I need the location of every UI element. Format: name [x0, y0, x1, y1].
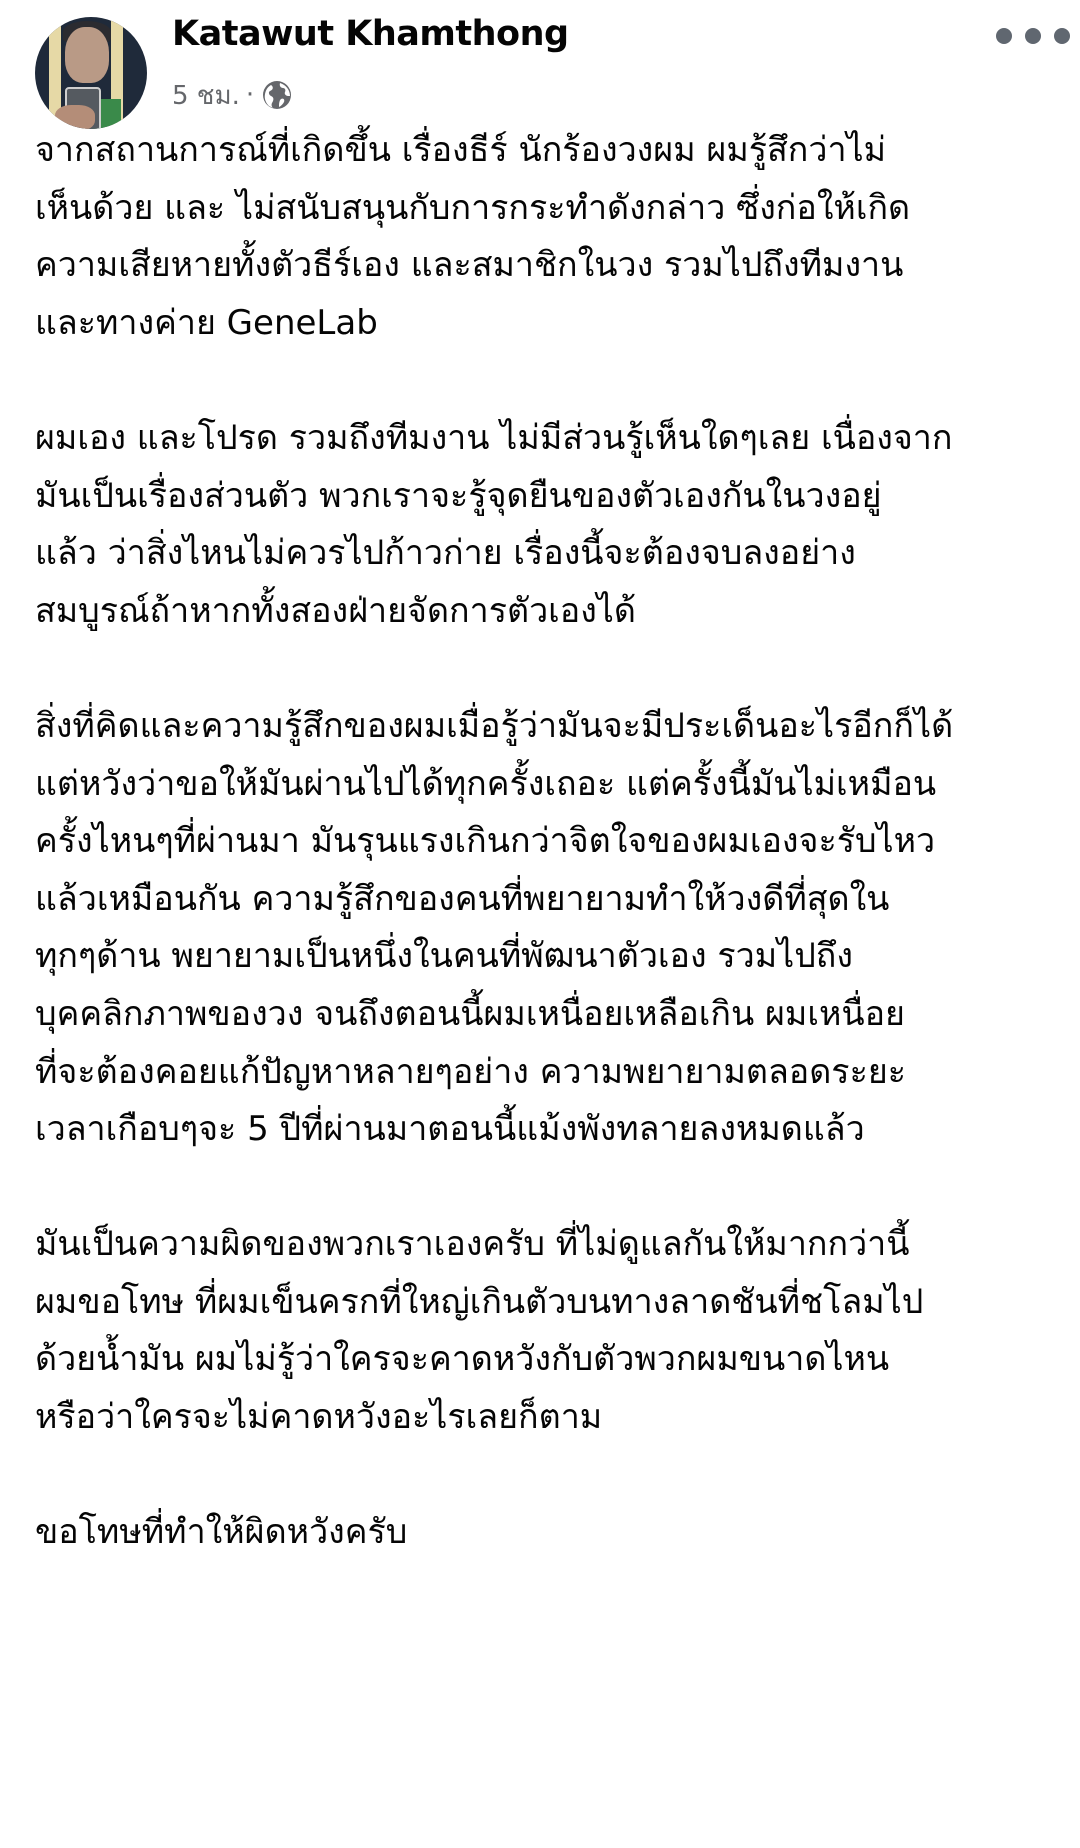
- more-dot: [1054, 28, 1070, 44]
- paragraph: ผมเอง และโปรด รวมถึงทีมงาน ไม่มีส่วนรู้เ…: [35, 410, 1065, 640]
- text-line: และทางค่าย GeneLab: [35, 295, 1065, 353]
- more-dot: [996, 28, 1012, 44]
- post-body: จากสถานการณ์ที่เกิดขึ้น เรื่องธีร์ นักร้…: [35, 122, 1065, 1619]
- text-line: ความเสียหายทั้งตัวธีร์เอง และสมาชิกในวง …: [35, 237, 1065, 295]
- text-line: บุคคลิกภาพของวง จนถึงตอนนี้ผมเหนื่อยเหลื…: [35, 986, 1065, 1044]
- text-line: แล้วเหมือนกัน ความรู้สึกของคนที่พยายามทำ…: [35, 871, 1065, 929]
- globe-icon[interactable]: [262, 80, 292, 110]
- text-line: แล้ว ว่าสิ่งไหนไม่ควรไปก้าวก่าย เรื่องนี…: [35, 525, 1065, 583]
- post-header: Katawut Khamthong 5 ชม. ·: [0, 0, 1080, 140]
- text-line: สิ่งที่คิดและความรู้สึกของผมเมื่อรู้ว่าม…: [35, 698, 1065, 756]
- text-line: ด้วยน้ำมัน ผมไม่รู้ว่าใครจะคาดหวังกับตัว…: [35, 1331, 1065, 1389]
- text-line: ทุกๆด้าน พยายามเป็นหนึ่งในคนที่พัฒนาตัวเ…: [35, 928, 1065, 986]
- more-options-icon[interactable]: [996, 26, 1070, 46]
- text-line: ครั้งไหนๆที่ผ่านมา มันรุนแรงเกินกว่าจิตใ…: [35, 813, 1065, 871]
- paragraph: สิ่งที่คิดและความรู้สึกของผมเมื่อรู้ว่าม…: [35, 698, 1065, 1159]
- avatar-face: [65, 27, 109, 83]
- text-line: สมบูรณ์ถ้าหากทั้งสองฝ่ายจัดการตัวเองได้: [35, 583, 1065, 641]
- text-line: เวลาเกือบๆจะ 5 ปีที่ผ่านมาตอนนี้แม้งพังท…: [35, 1101, 1065, 1159]
- text-line: มันเป็นเรื่องส่วนตัว พวกเราจะรู้จุดยืนขอ…: [35, 468, 1065, 526]
- paragraph: จากสถานการณ์ที่เกิดขึ้น เรื่องธีร์ นักร้…: [35, 122, 1065, 352]
- paragraph: มันเป็นความผิดของพวกเราเองครับ ที่ไม่ดูแ…: [35, 1216, 1065, 1446]
- text-line: แต่หวังว่าขอให้มันผ่านไปได้ทุกครั้งเถอะ …: [35, 756, 1065, 814]
- meta-separator: ·: [246, 80, 254, 110]
- text-line: มันเป็นความผิดของพวกเราเองครับ ที่ไม่ดูแ…: [35, 1216, 1065, 1274]
- text-line: ที่จะต้องคอยแก้ปัญหาหลายๆอย่าง ความพยายา…: [35, 1044, 1065, 1102]
- paragraph: ขอโทษที่ทำให้ผิดหวังครับ: [35, 1504, 1065, 1562]
- post-timestamp[interactable]: 5 ชม.: [172, 75, 240, 116]
- avatar[interactable]: [35, 17, 147, 129]
- more-dot: [1025, 28, 1041, 44]
- post-meta: 5 ชม. ·: [172, 78, 292, 112]
- text-line: เห็นด้วย และ ไม่สนับสนุนกับการกระทำดังกล…: [35, 180, 1065, 238]
- author-name[interactable]: Katawut Khamthong: [172, 14, 569, 54]
- text-line: ขอโทษที่ทำให้ผิดหวังครับ: [35, 1504, 1065, 1562]
- text-line: ผมขอโทษ ที่ผมเข็นครกที่ใหญ่เกินตัวบนทางล…: [35, 1274, 1065, 1332]
- text-line: ผมเอง และโปรด รวมถึงทีมงาน ไม่มีส่วนรู้เ…: [35, 410, 1065, 468]
- text-line: หรือว่าใครจะไม่คาดหวังอะไรเลยก็ตาม: [35, 1389, 1065, 1447]
- text-line: จากสถานการณ์ที่เกิดขึ้น เรื่องธีร์ นักร้…: [35, 122, 1065, 180]
